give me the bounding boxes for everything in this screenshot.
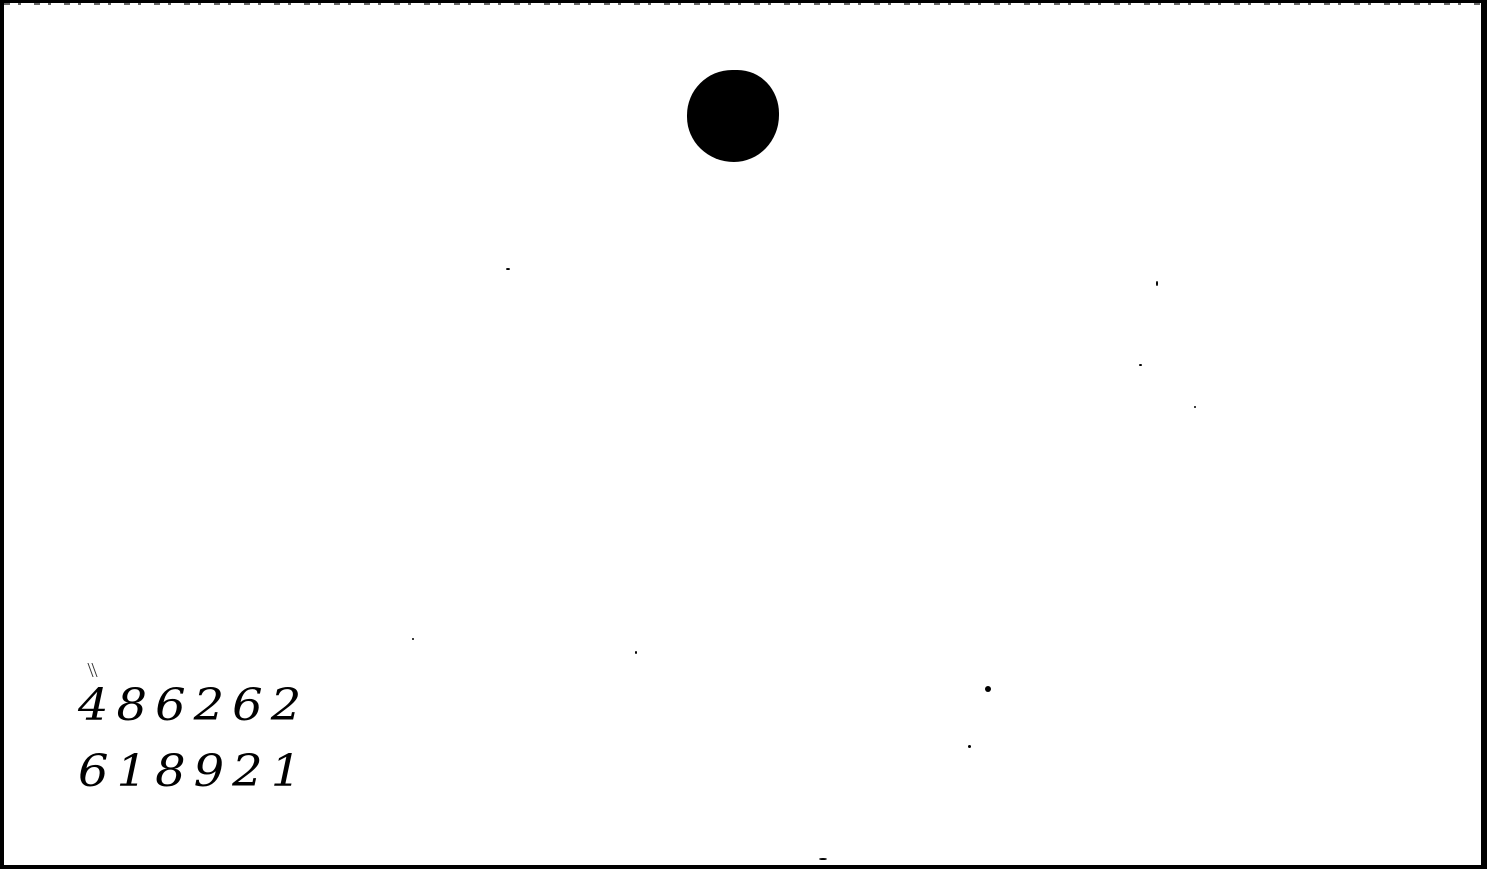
index-card: 486262 618921 bbox=[4, 3, 1481, 865]
scan-speck bbox=[635, 651, 637, 654]
scan-speck bbox=[968, 745, 971, 748]
handwritten-number-2: 618921 bbox=[78, 749, 309, 793]
scan-speck bbox=[985, 686, 991, 692]
handwritten-number-1: 486262 bbox=[78, 683, 309, 727]
card-top-edge bbox=[4, 3, 1481, 5]
pencil-tick-mark bbox=[87, 663, 103, 677]
scan-speck bbox=[819, 858, 827, 860]
scan-speck bbox=[506, 268, 510, 270]
scan-speck bbox=[1194, 406, 1196, 408]
scan-speck bbox=[1156, 281, 1158, 286]
scan-speck bbox=[1139, 364, 1142, 366]
scan-speck bbox=[412, 638, 414, 640]
punch-hole bbox=[687, 70, 779, 162]
